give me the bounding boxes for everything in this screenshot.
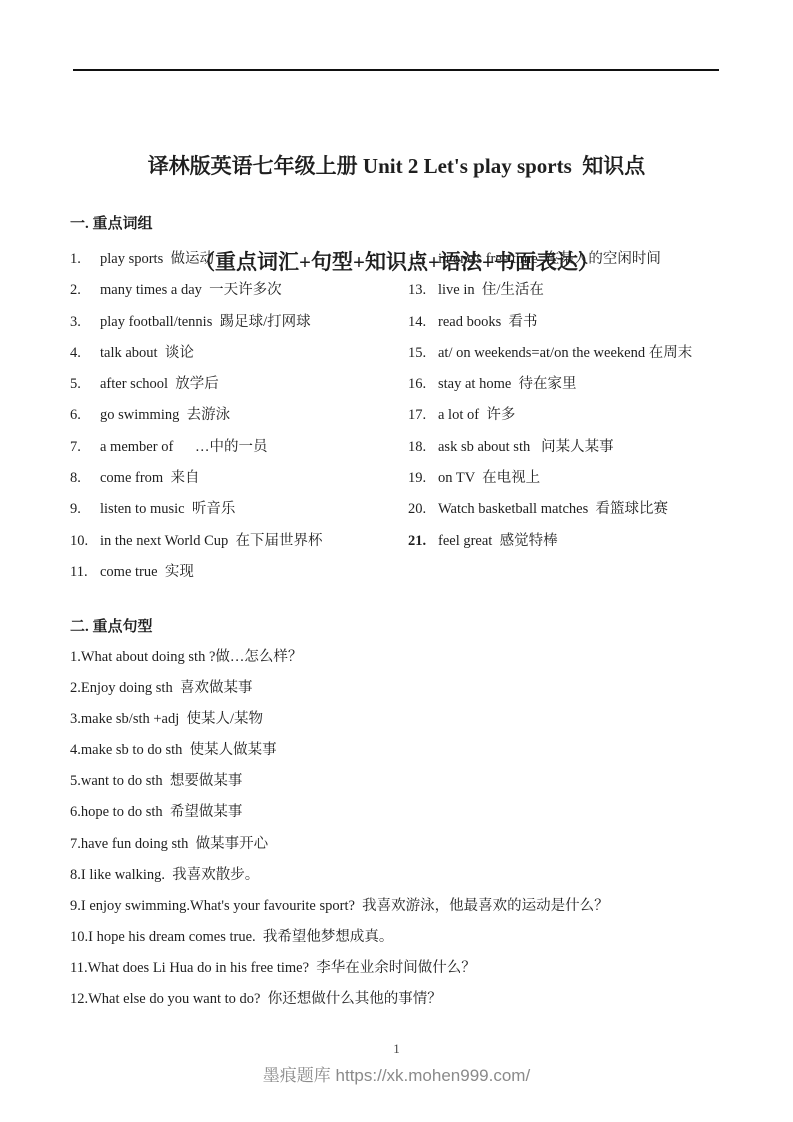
phrase-item: 12. in one's free time 在某人的空闲时间: [408, 244, 730, 275]
item-text: go swimming 去游泳: [100, 400, 408, 431]
item-number: 11.: [70, 557, 100, 588]
phrase-item: 7. a member of …中的一员: [70, 432, 408, 463]
item-number: 3.: [70, 307, 100, 338]
phrase-item: 1. play sports 做运动: [70, 244, 408, 275]
phrase-item: 21. feel great 感觉特棒: [408, 526, 730, 557]
item-text: listen to music 听音乐: [100, 494, 408, 525]
item-number: 9.: [70, 494, 100, 525]
header-rule: [73, 69, 719, 71]
item-text: after school 放学后: [100, 369, 408, 400]
item-number: 13.: [408, 275, 438, 306]
sentence-item: 11.What does Li Hua do in his free time?…: [70, 953, 730, 984]
phrase-list-right: 12. in one's free time 在某人的空闲时间 13. live…: [408, 244, 730, 588]
sentence-item: 1.What about doing sth ?做…怎么样？: [70, 642, 730, 673]
phrase-item: 9. listen to music 听音乐: [70, 494, 408, 525]
sentence-item: 6.hope to do sth 希望做某事: [70, 797, 730, 828]
page-number: 1: [0, 1041, 793, 1057]
item-number: 10.: [70, 526, 100, 557]
item-number: 15.: [408, 338, 438, 369]
phrase-item: 17. a lot of 许多: [408, 400, 730, 431]
phrase-item: 20. Watch basketball matches 看篮球比赛: [408, 494, 730, 525]
item-text: read books 看书: [438, 307, 730, 338]
phrase-item: 5. after school 放学后: [70, 369, 408, 400]
sentence-item: 9.I enjoy swimming.What's your favourite…: [70, 891, 730, 922]
item-number: 19.: [408, 463, 438, 494]
item-text: on TV 在电视上: [438, 463, 730, 494]
item-text: come from 来自: [100, 463, 408, 494]
item-text: play sports 做运动: [100, 244, 408, 275]
phrase-item: 2. many times a day 一天许多次: [70, 275, 408, 306]
item-text: at/ on weekends=at/on the weekend 在周末: [438, 338, 730, 369]
phrase-item: 3. play football/tennis 踢足球/打网球: [70, 307, 408, 338]
phrase-item: 18. ask sb about sth 问某人某事: [408, 432, 730, 463]
item-text: a member of …中的一员: [100, 432, 408, 463]
item-number: 16.: [408, 369, 438, 400]
item-number: 17.: [408, 400, 438, 431]
item-number: 18.: [408, 432, 438, 463]
item-number: 6.: [70, 400, 100, 431]
phrase-columns: 1. play sports 做运动 2. many times a day 一…: [70, 244, 730, 588]
phrase-item: 19. on TV 在电视上: [408, 463, 730, 494]
sentence-item: 7.have fun doing sth 做某事开心: [70, 829, 730, 860]
phrase-item: 13. live in 住/生活在: [408, 275, 730, 306]
item-text: Watch basketball matches 看篮球比赛: [438, 494, 730, 525]
section-key-sentences-heading: 二. 重点句型: [70, 617, 730, 637]
sentence-item: 5.want to do sth 想要做某事: [70, 766, 730, 797]
phrase-item: 8. come from 来自: [70, 463, 408, 494]
item-text: stay at home 待在家里: [438, 369, 730, 400]
item-text: come true 实现: [100, 557, 408, 588]
item-number: 12.: [408, 244, 438, 275]
item-text: in the next World Cup 在下届世界杯: [100, 526, 408, 557]
item-number: 14.: [408, 307, 438, 338]
item-text: a lot of 许多: [438, 400, 730, 431]
item-text: play football/tennis 踢足球/打网球: [100, 307, 408, 338]
phrase-item: 16. stay at home 待在家里: [408, 369, 730, 400]
item-text: live in 住/生活在: [438, 275, 730, 306]
section-key-phrases-heading: 一. 重点词组: [70, 214, 730, 234]
item-number: 8.: [70, 463, 100, 494]
footer-site-text: 墨痕题库 https://xk.mohen999.com/: [0, 1064, 793, 1088]
sentence-item: 3.make sb/sth +adj 使某人/某物: [70, 704, 730, 735]
item-number: 1.: [70, 244, 100, 275]
item-number: 20.: [408, 494, 438, 525]
item-text: many times a day 一天许多次: [100, 275, 408, 306]
item-number: 5.: [70, 369, 100, 400]
phrase-item: 4. talk about 谈论: [70, 338, 408, 369]
phrase-item: 10. in the next World Cup 在下届世界杯: [70, 526, 408, 557]
sentence-item: 12.What else do you want to do? 你还想做什么其他…: [70, 984, 730, 1015]
item-number: 4.: [70, 338, 100, 369]
section-key-phrases: 一. 重点词组 1. play sports 做运动 2. many times…: [70, 214, 730, 588]
sentence-item: 4.make sb to do sth 使某人做某事: [70, 735, 730, 766]
item-text: in one's free time 在某人的空闲时间: [438, 244, 730, 275]
phrase-item: 14. read books 看书: [408, 307, 730, 338]
sentence-item: 10.I hope his dream comes true. 我希望他梦想成真…: [70, 922, 730, 953]
sentence-item: 2.Enjoy doing sth 喜欢做某事: [70, 673, 730, 704]
item-number: 2.: [70, 275, 100, 306]
title-line1: 译林版英语七年级上册 Unit 2 Let's play sports 知识点: [0, 153, 793, 180]
item-text: talk about 谈论: [100, 338, 408, 369]
item-number: 7.: [70, 432, 100, 463]
phrase-item: 11. come true 实现: [70, 557, 408, 588]
section-key-sentences: 二. 重点句型 1.What about doing sth ?做…怎么样？ 2…: [70, 617, 730, 1015]
document-page: 译林版英语七年级上册 Unit 2 Let's play sports 知识点 …: [0, 0, 793, 1122]
item-text: feel great 感觉特棒: [438, 526, 730, 557]
phrase-list-left: 1. play sports 做运动 2. many times a day 一…: [70, 244, 408, 588]
phrase-item: 15. at/ on weekends=at/on the weekend 在周…: [408, 338, 730, 369]
sentence-list: 1.What about doing sth ?做…怎么样？ 2.Enjoy d…: [70, 642, 730, 1015]
item-text: ask sb about sth 问某人某事: [438, 432, 730, 463]
sentence-item: 8.I like walking. 我喜欢散步。: [70, 860, 730, 891]
item-number: 21.: [408, 526, 438, 557]
phrase-item: 6. go swimming 去游泳: [70, 400, 408, 431]
